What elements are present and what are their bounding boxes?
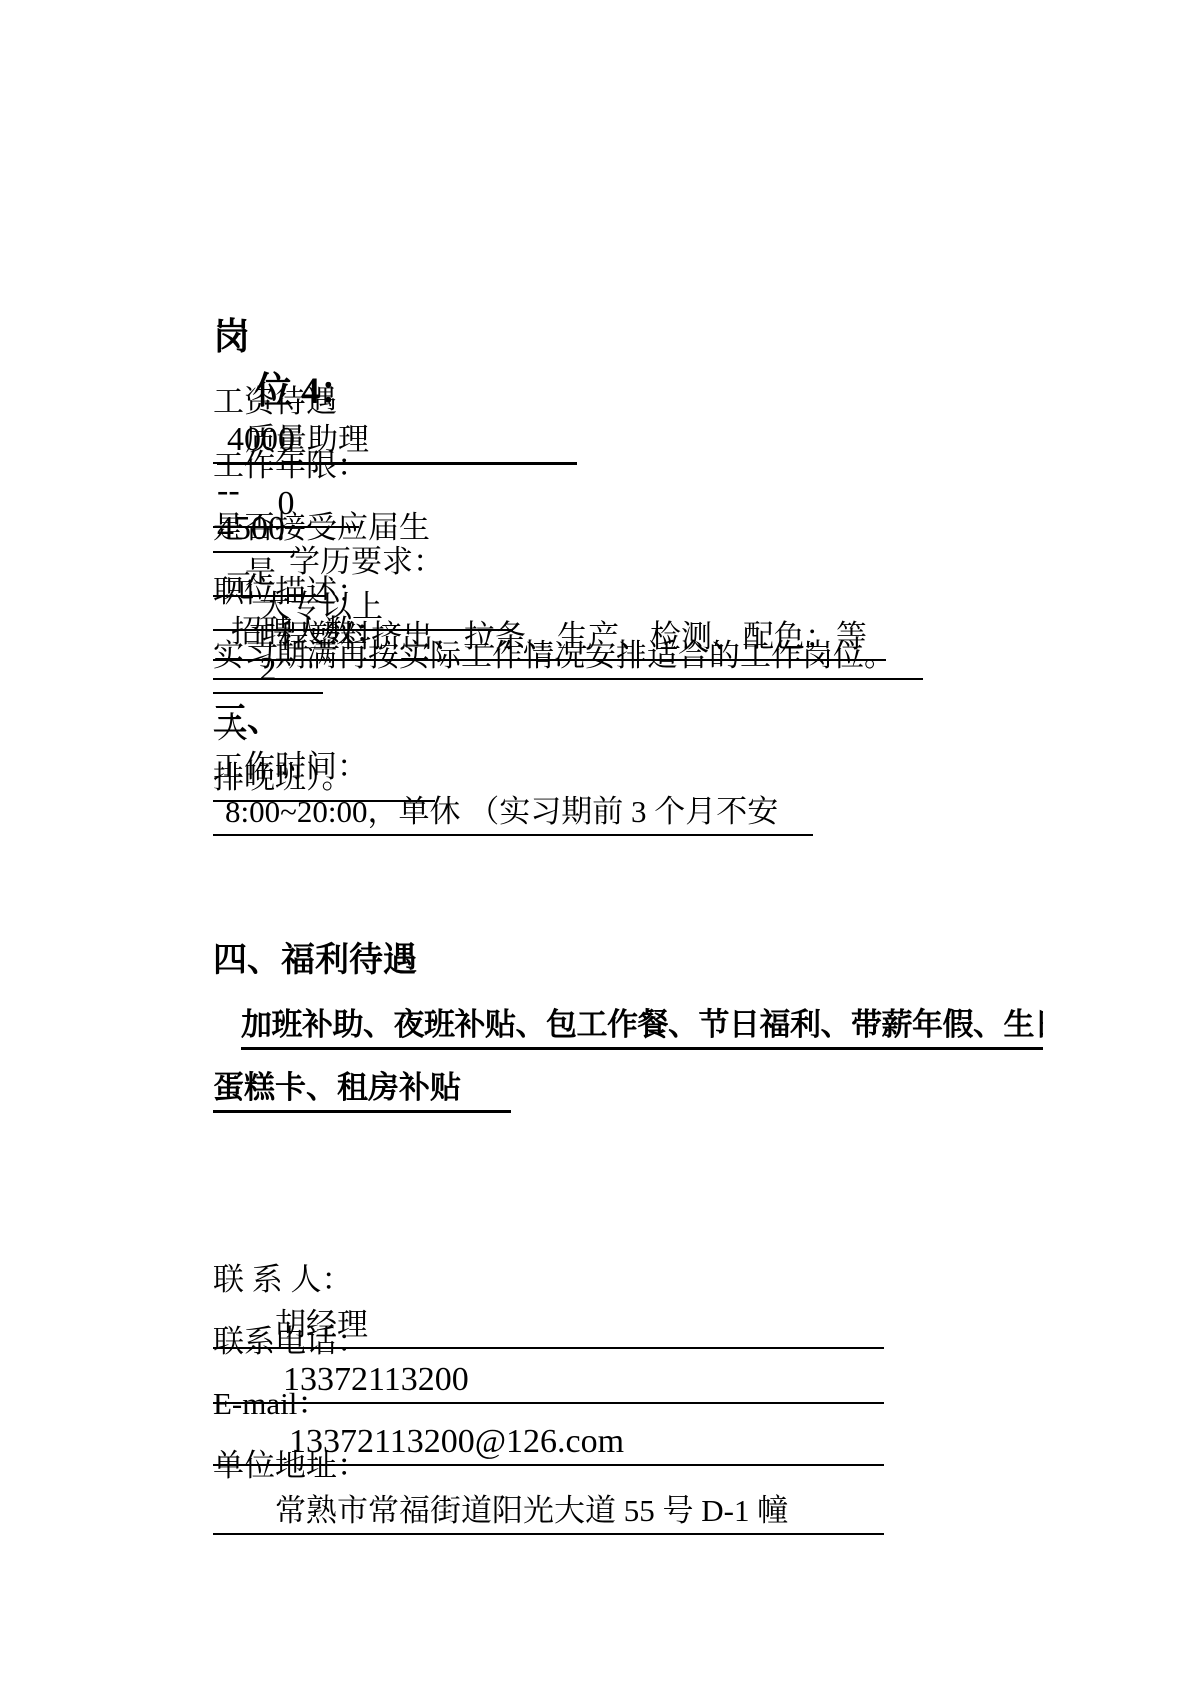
- contact-address-field: 常熟市常福街道阳光大道 55 号 D-1 幢: [213, 1485, 884, 1535]
- contact-address-label: 单位地址：: [213, 1440, 371, 1485]
- work-time-field-line2: 排晚班）。: [213, 752, 435, 802]
- document-page: 岗 位 4： 质量助理 工资待遇 4000 -- 4500 元 招聘人数： 2 …: [0, 0, 1191, 1684]
- welfare-items-line2: 蛋糕卡、租房补贴: [213, 1062, 511, 1113]
- contact-address-line: 单位地址： 常熟市常福街道阳光大道 55 号 D-1 幢: [182, 1404, 884, 1579]
- work-time-line2: 排晚班）。: [182, 716, 435, 846]
- welfare-line2: 蛋糕卡、租房补贴: [182, 1026, 511, 1157]
